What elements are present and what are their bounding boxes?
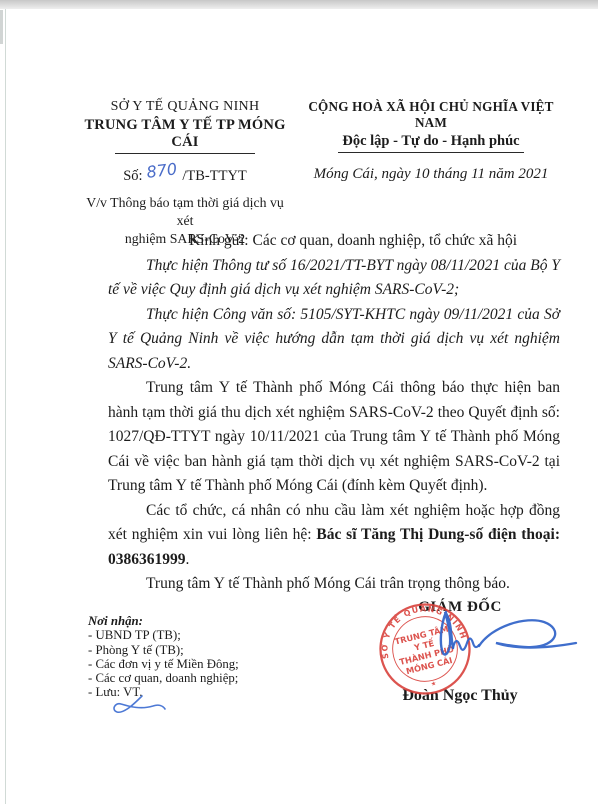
issuer-underline xyxy=(115,153,255,154)
scan-artifact xyxy=(0,10,3,44)
issuer-block: SỞ Y TẾ QUẢNG NINH TRUNG TÂM Y TẾ TP MÓN… xyxy=(78,99,292,248)
handwritten-initials-scribble xyxy=(108,694,168,720)
issuer-org-name: TRUNG TÂM Y TẾ TP MÓNG CÁI xyxy=(78,117,292,151)
place-date-line: Móng Cái, ngày 10 tháng 11 năm 2021 xyxy=(298,166,564,183)
recipient-item: - UBND TP (TB); xyxy=(88,628,239,642)
contact-suffix: . xyxy=(186,551,190,568)
recipient-item: - Các đơn vị y tế Miền Đông; xyxy=(88,657,239,671)
national-motto-block: CỘNG HOÀ XÃ HỘI CHỦ NGHĨA VIỆT NAM Độc l… xyxy=(298,99,564,183)
issuer-parent-org: SỞ Y TẾ QUẢNG NINH xyxy=(78,99,292,115)
salutation: Kính gửi: Các cơ quan, doanh nghiệp, tổ … xyxy=(108,229,560,254)
document-number: Số: 870 /TB-TTYT xyxy=(78,165,292,185)
paragraph-legal-basis-1: Thực hiện Thông tư số 16/2021/TT-BYT ngà… xyxy=(108,254,560,303)
subject-line-1: V/v Thông báo tạm thời giá dịch vụ xét xyxy=(78,194,292,230)
recipients-block: Nơi nhận: - UBND TP (TB); - Phòng Y tế (… xyxy=(88,614,239,700)
recipient-item: - Các cơ quan, doanh nghiệp; xyxy=(88,671,239,685)
paragraph-announcement: Trung tâm Y tế Thành phố Móng Cái thông … xyxy=(108,376,560,499)
paragraph-closing: Trung tâm Y tế Thành phố Móng Cái trân t… xyxy=(108,572,560,597)
recipients-title: Nơi nhận: xyxy=(88,614,239,628)
stamp-star: ★ xyxy=(430,680,438,688)
national-title: CỘNG HOÀ XÃ HỘI CHỦ NGHĨA VIỆT NAM xyxy=(298,99,564,131)
scan-edge-left xyxy=(5,9,6,804)
paragraph-legal-basis-2: Thực hiện Công văn số: 5105/SYT-KHTC ngà… xyxy=(108,303,560,377)
document-number-suffix: /TB-TTYT xyxy=(182,168,246,184)
paragraph-contact: Các tổ chức, cá nhân có nhu cầu làm xét … xyxy=(108,499,560,573)
scanned-official-letter: SỞ Y TẾ QUẢNG NINH TRUNG TÂM Y TẾ TP MÓN… xyxy=(0,0,598,804)
letter-body: Kính gửi: Các cơ quan, doanh nghiệp, tổ … xyxy=(108,229,560,597)
document-number-label: Số: xyxy=(123,168,142,184)
national-motto: Độc lập - Tự do - Hạnh phúc xyxy=(338,133,523,153)
document-number-handwritten: 870 xyxy=(146,159,179,182)
handwritten-signature xyxy=(426,606,578,668)
recipient-item: - Phòng Y tế (TB); xyxy=(88,643,239,657)
scan-edge-top xyxy=(0,0,598,9)
